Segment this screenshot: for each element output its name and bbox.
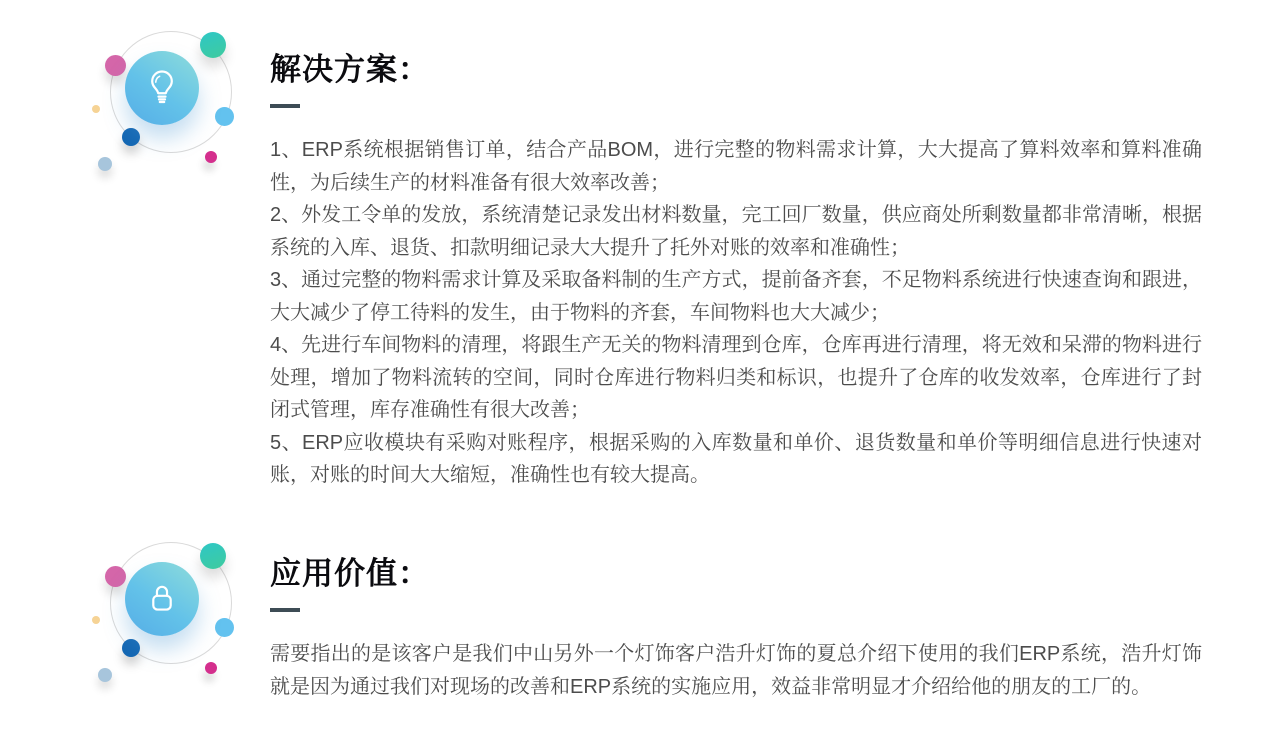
solution-paragraph-2: 2、外发工令单的发放，系统清楚记录发出材料数量，完工回厂数量，供应商处所剩数量都… <box>270 199 1202 264</box>
solution-paragraphs: 1、ERP系统根据销售订单，结合产品BOM，进行完整的物料需求计算，大大提高了算… <box>270 134 1202 492</box>
teal-dot <box>200 32 226 58</box>
lightbulb-icon <box>140 66 184 110</box>
solution-paragraph-4: 4、先进行车间物料的清理，将跟生产无关的物料清理到仓库，仓库再进行清理，将无效和… <box>270 329 1202 427</box>
magenta-dot <box>205 662 217 674</box>
value-paragraph-1: 需要指出的是该客户是我们中山另外一个灯饰客户浩升灯饰的夏总介绍下使用的我们ERP… <box>270 638 1202 703</box>
dark-blue-dot <box>122 639 140 657</box>
page: 解决方案： 1、ERP系统根据销售订单，结合产品BOM，进行完整的物料需求计算，… <box>0 0 1264 741</box>
pink-dot <box>105 566 126 587</box>
solution-heading: 解决方案： <box>270 50 1202 90</box>
solution-icon-cluster <box>85 10 255 195</box>
value-icon-cluster <box>85 521 255 706</box>
solution-paragraph-3: 3、通过完整的物料需求计算及采取备料制的生产方式，提前备齐套，不足物料系统进行快… <box>270 264 1202 329</box>
lock-badge <box>125 562 199 636</box>
pink-dot <box>105 55 126 76</box>
solution-paragraph-5: 5、ERP应收模块有采购对账程序，根据采购的入库数量和单价、退货数量和单价等明细… <box>270 427 1202 492</box>
heading-dash <box>270 608 300 612</box>
magenta-dot <box>205 151 217 163</box>
light-blue-dot <box>215 107 234 126</box>
value-heading: 应用价值： <box>270 554 1202 594</box>
value-section: 应用价值： 需要指出的是该客户是我们中山另外一个灯饰客户浩升灯饰的夏总介绍下使用… <box>270 554 1202 703</box>
heading-dash <box>270 104 300 108</box>
gray-blue-dot <box>98 157 112 171</box>
lock-icon <box>140 577 184 621</box>
light-blue-dot <box>215 618 234 637</box>
teal-dot <box>200 543 226 569</box>
solution-paragraph-1: 1、ERP系统根据销售订单，结合产品BOM，进行完整的物料需求计算，大大提高了算… <box>270 134 1202 199</box>
yellow-dot <box>92 616 100 624</box>
yellow-dot <box>92 105 100 113</box>
dark-blue-dot <box>122 128 140 146</box>
solution-section: 解决方案： 1、ERP系统根据销售订单，结合产品BOM，进行完整的物料需求计算，… <box>270 50 1202 492</box>
value-paragraphs: 需要指出的是该客户是我们中山另外一个灯饰客户浩升灯饰的夏总介绍下使用的我们ERP… <box>270 638 1202 703</box>
gray-blue-dot <box>98 668 112 682</box>
lightbulb-badge <box>125 51 199 125</box>
